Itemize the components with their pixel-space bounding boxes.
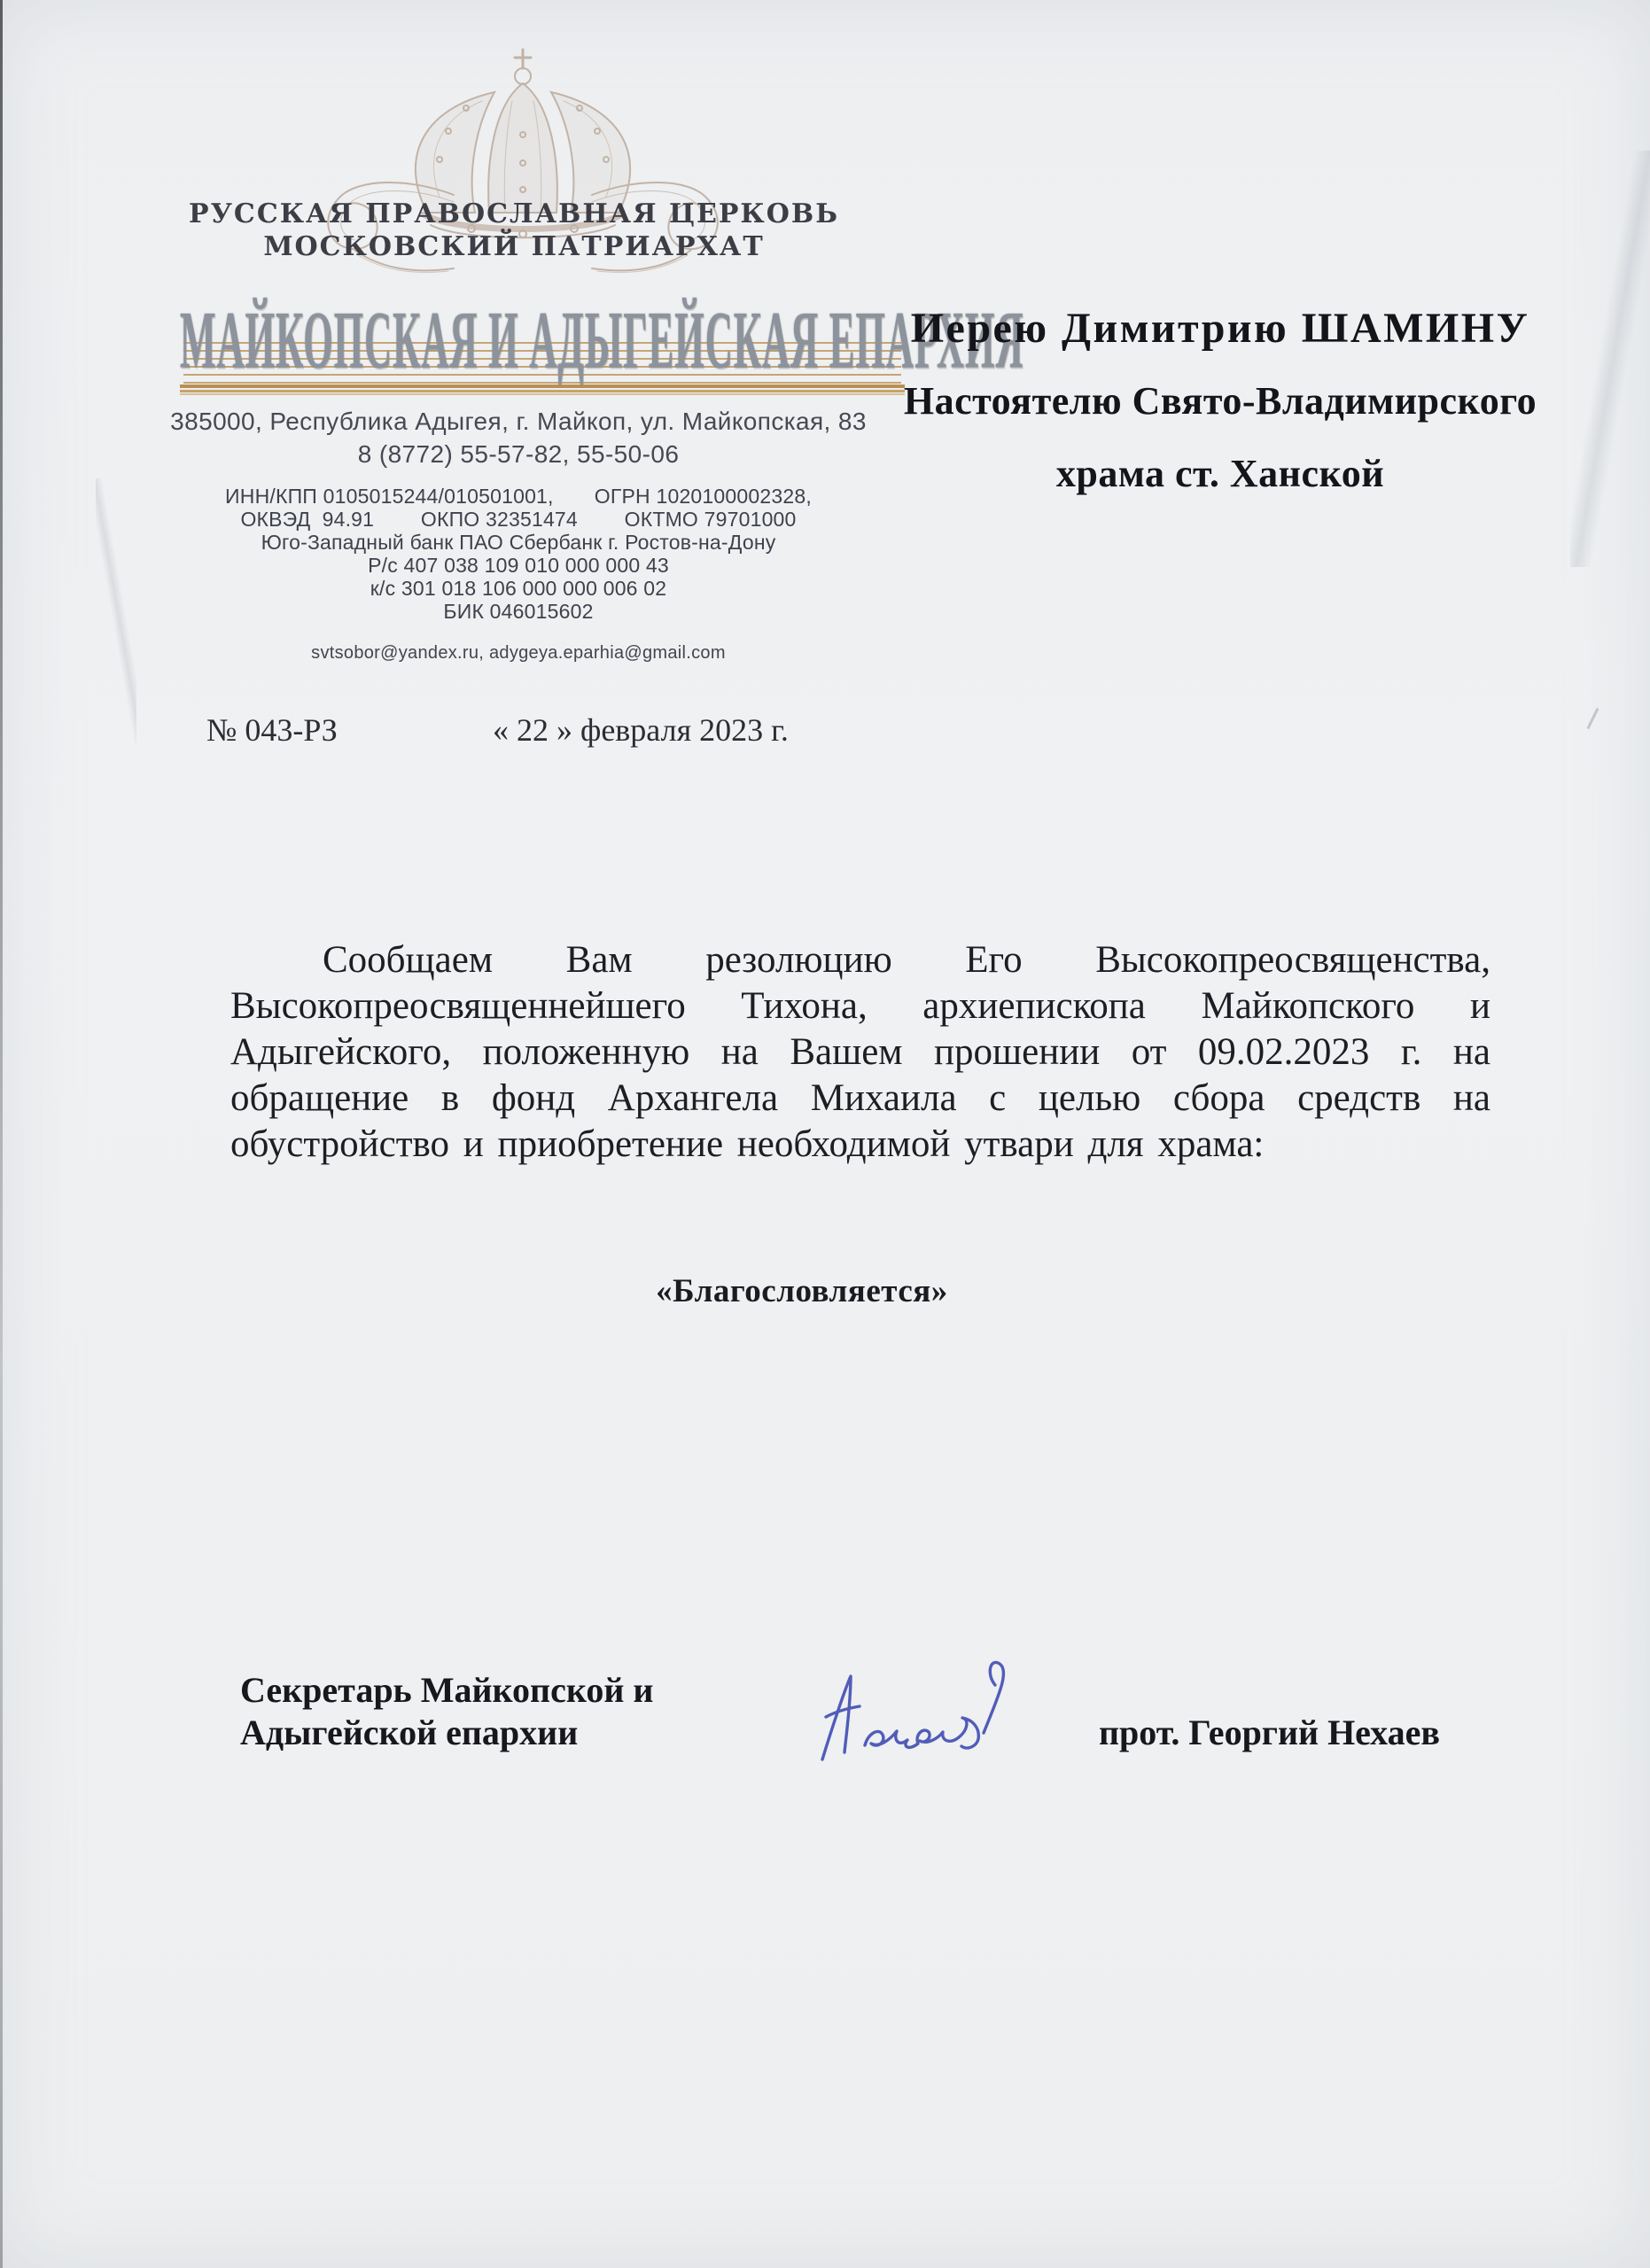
diocese-banner-title: МАЙКОПСКАЯ И АДЫГЕЙСКАЯ ЕПАРХИЯ <box>180 295 905 388</box>
recipient-title-line1: Настоятелю Свято-Владимирского <box>889 365 1552 438</box>
requisites-settlement-account: Р/с 407 038 109 010 000 000 43 <box>105 554 932 578</box>
signer-title: Секретарь Майкопской и Адыгейской епархи… <box>240 1669 653 1754</box>
requisites-okved-okpo-oktmo: ОКВЭД 94.91 ОКПО 32351474 ОКТМО 79701000 <box>105 508 932 532</box>
paper-crease-right <box>1570 151 1650 567</box>
church-name-line: РУССКАЯ ПРАВОСЛАВНАЯ ЦЕРКОВЬ <box>142 198 886 229</box>
diocese-phones: 8 (8772) 55-57-82, 55-50-06 <box>105 440 932 469</box>
requisites-bank: Юго-Западный банк ПАО Сбербанк г. Ростов… <box>105 531 932 555</box>
signer-name: прот. Георгий Нехаев <box>1099 1712 1440 1753</box>
diocese-address: 385000, Республика Адыгея, г. Майкоп, ул… <box>105 408 932 436</box>
requisites-inn-ogrn: ИНН/КПП 0105015244/010501001, ОГРН 10201… <box>105 485 932 509</box>
recipient-title-line2: храма ст. Ханской <box>889 438 1552 510</box>
scanned-letter-page: РУССКАЯ ПРАВОСЛАВНАЯ ЦЕРКОВЬ МОСКОВСКИЙ … <box>0 0 1650 2268</box>
document-number: № 043-РЗ <box>206 711 338 749</box>
patriarchate-line: МОСКОВСКИЙ ПАТРИАРХАТ <box>142 231 886 262</box>
recipient-name: Иерею Димитрию ШАМИНУ <box>889 292 1552 365</box>
scan-speck <box>1586 708 1599 730</box>
signer-title-line1: Секретарь Майкопской и <box>240 1669 653 1712</box>
scan-edge-artifact <box>0 0 3 2268</box>
letter-body-paragraph: Сообщаем Вам резолюцию Его Высокопреосвя… <box>230 937 1490 1168</box>
diocese-banner: МАЙКОПСКАЯ И АДЫГЕЙСКАЯ ЕПАРХИЯ <box>180 289 905 399</box>
requisites-bik: БИК 046015602 <box>105 600 932 624</box>
document-date: « 22 » февраля 2023 г. <box>493 711 789 749</box>
requisites-correspondent-account: к/с 301 018 106 000 000 006 02 <box>105 577 932 601</box>
recipient-block: Иерею Димитрию ШАМИНУ Настоятелю Свято-В… <box>889 292 1552 510</box>
resolution-text: «Благословляется» <box>177 1272 1427 1310</box>
handwritten-signature <box>808 1655 1056 1779</box>
diocese-emails: svtsobor@yandex.ru, adygeya.eparhia@gmai… <box>105 643 932 664</box>
signer-title-line2: Адыгейской епархии <box>240 1712 653 1754</box>
